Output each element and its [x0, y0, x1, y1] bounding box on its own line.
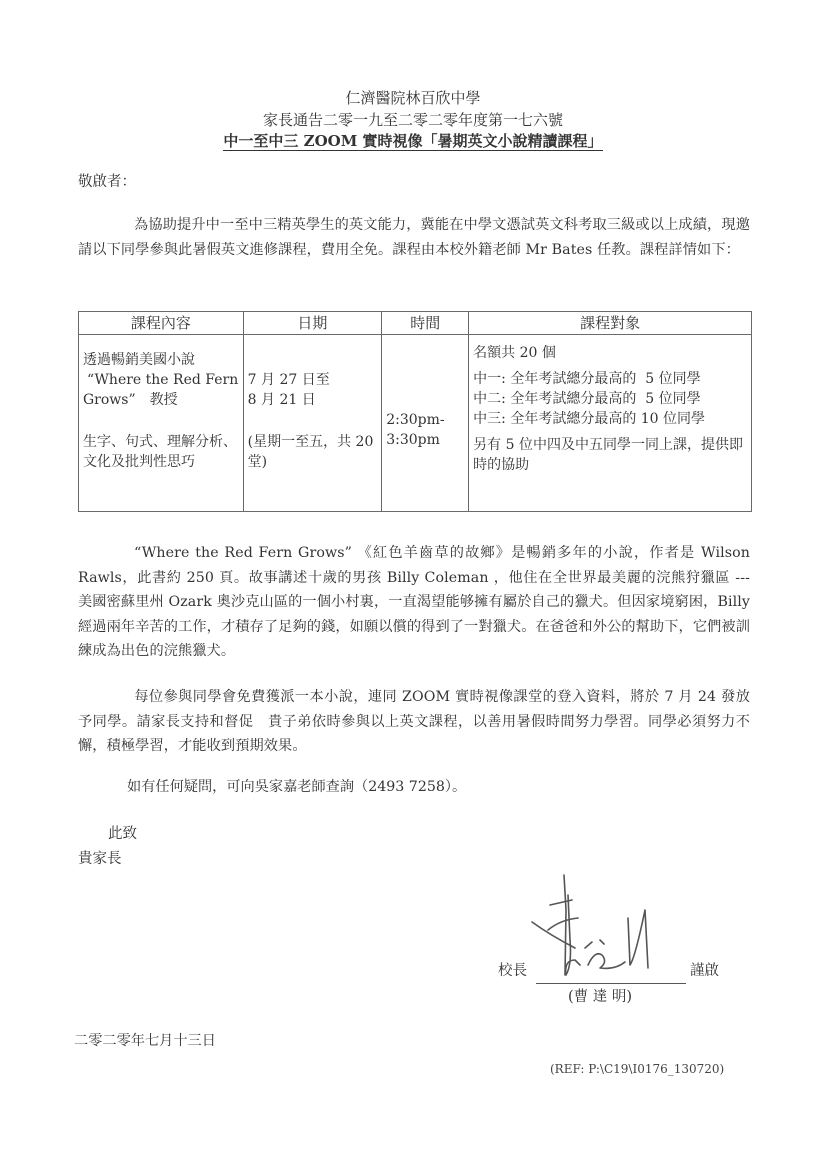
- target-f2: 中二: 全年考試總分最高的 5 位同學: [473, 389, 747, 409]
- target-f1: 中一: 全年考試總分最高的 5 位同學: [473, 369, 747, 389]
- target-quota: 名額共 20 個: [473, 343, 747, 363]
- distribution-paragraph: 每位參與同學會免費獲派一本小說，連同 ZOOM 實時視像課堂的登入資料，將於 7…: [78, 685, 750, 759]
- notice-title-text: 中一至中三 ZOOM 實時視像「暑期英文小說精讀課程」: [223, 132, 602, 151]
- intro-text: 為協助提升中一至中三精英學生的英文能力，冀能在中學文憑試英文科考取三級或以上成績…: [78, 217, 750, 258]
- signature-line: [536, 983, 686, 984]
- story-paragraph: “Where the Red Fern Grows” 《紅色羊齒草的故鄉》是暢銷…: [78, 541, 750, 664]
- story-text: “Where the Red Fern Grows” 《紅色羊齒草的故鄉》是暢銷…: [78, 545, 750, 659]
- content-line-2: “Where the Red Fern: [83, 370, 239, 390]
- content-line-1: 透過暢銷美國小說: [83, 350, 239, 370]
- time-line-1: 2:30pm-: [386, 410, 464, 430]
- header-target: 課程對象: [469, 312, 752, 335]
- principal-signature-icon: [530, 870, 680, 985]
- closing-recipient: 貴家長: [78, 847, 122, 868]
- header-date: 日期: [243, 312, 382, 335]
- school-name: 仁濟醫院林百欣中學: [0, 88, 826, 108]
- header-content: 課程內容: [79, 312, 244, 335]
- notice-number: 家長通告二零一九至二零二零年度第一七六號: [0, 110, 826, 130]
- intro-paragraph: 為協助提升中一至中三精英學生的英文能力，冀能在中學文憑試英文科考取三級或以上成績…: [78, 213, 750, 262]
- enquiry-text: 如有任何疑問，可向吳家嘉老師查詢（2493 7258）。: [127, 776, 466, 796]
- date-line-3: (星期一至五，共 20 堂): [248, 432, 378, 472]
- principal-label: 校長: [498, 959, 527, 980]
- principal-name: (曹 達 明): [568, 985, 632, 1006]
- cell-date: 7 月 27 日至 8 月 21 日 (星期一至五，共 20 堂): [243, 335, 382, 512]
- table-row: 透過暢銷美國小說 “Where the Red Fern Grows” 教授 生…: [79, 335, 752, 512]
- cell-target: 名額共 20 個 中一: 全年考試總分最高的 5 位同學 中二: 全年考試總分最…: [469, 335, 752, 512]
- cell-time: 2:30pm- 3:30pm: [382, 335, 469, 512]
- date-line-1: 7 月 27 日至: [248, 370, 378, 390]
- content-line-3: Grows” 教授: [83, 390, 239, 410]
- table-header-row: 課程內容 日期 時間 課程對象: [79, 312, 752, 335]
- target-f3: 中三: 全年考試總分最高的 10 位同學: [473, 409, 747, 429]
- header-time: 時間: [382, 312, 469, 335]
- course-table: 課程內容 日期 時間 課程對象 透過暢銷美國小說 “Where the Red …: [78, 311, 752, 512]
- time-line-2: 3:30pm: [386, 430, 464, 450]
- notice-title: 中一至中三 ZOOM 實時視像「暑期英文小說精讀課程」: [0, 131, 826, 151]
- sign-off: 謹啟: [690, 959, 719, 980]
- closing-regards: 此致: [108, 822, 137, 843]
- reference-code: (REF: P:\C19\I0176_130720): [550, 1062, 724, 1076]
- notice-date: 二零二零年七月十三日: [74, 1030, 216, 1050]
- cell-content: 透過暢銷美國小說 “Where the Red Fern Grows” 教授 生…: [79, 335, 244, 512]
- distribution-text: 每位參與同學會免費獲派一本小說，連同 ZOOM 實時視像課堂的登入資料，將於 7…: [78, 689, 750, 754]
- target-helpers: 另有 5 位中四及中五同學一同上課，提供即時的協助: [473, 435, 747, 475]
- content-line-4: 生字、句式、理解分析、文化及批判性思巧: [83, 432, 239, 472]
- salutation: 敬啟者：: [78, 170, 136, 191]
- date-line-2: 8 月 21 日: [248, 390, 378, 410]
